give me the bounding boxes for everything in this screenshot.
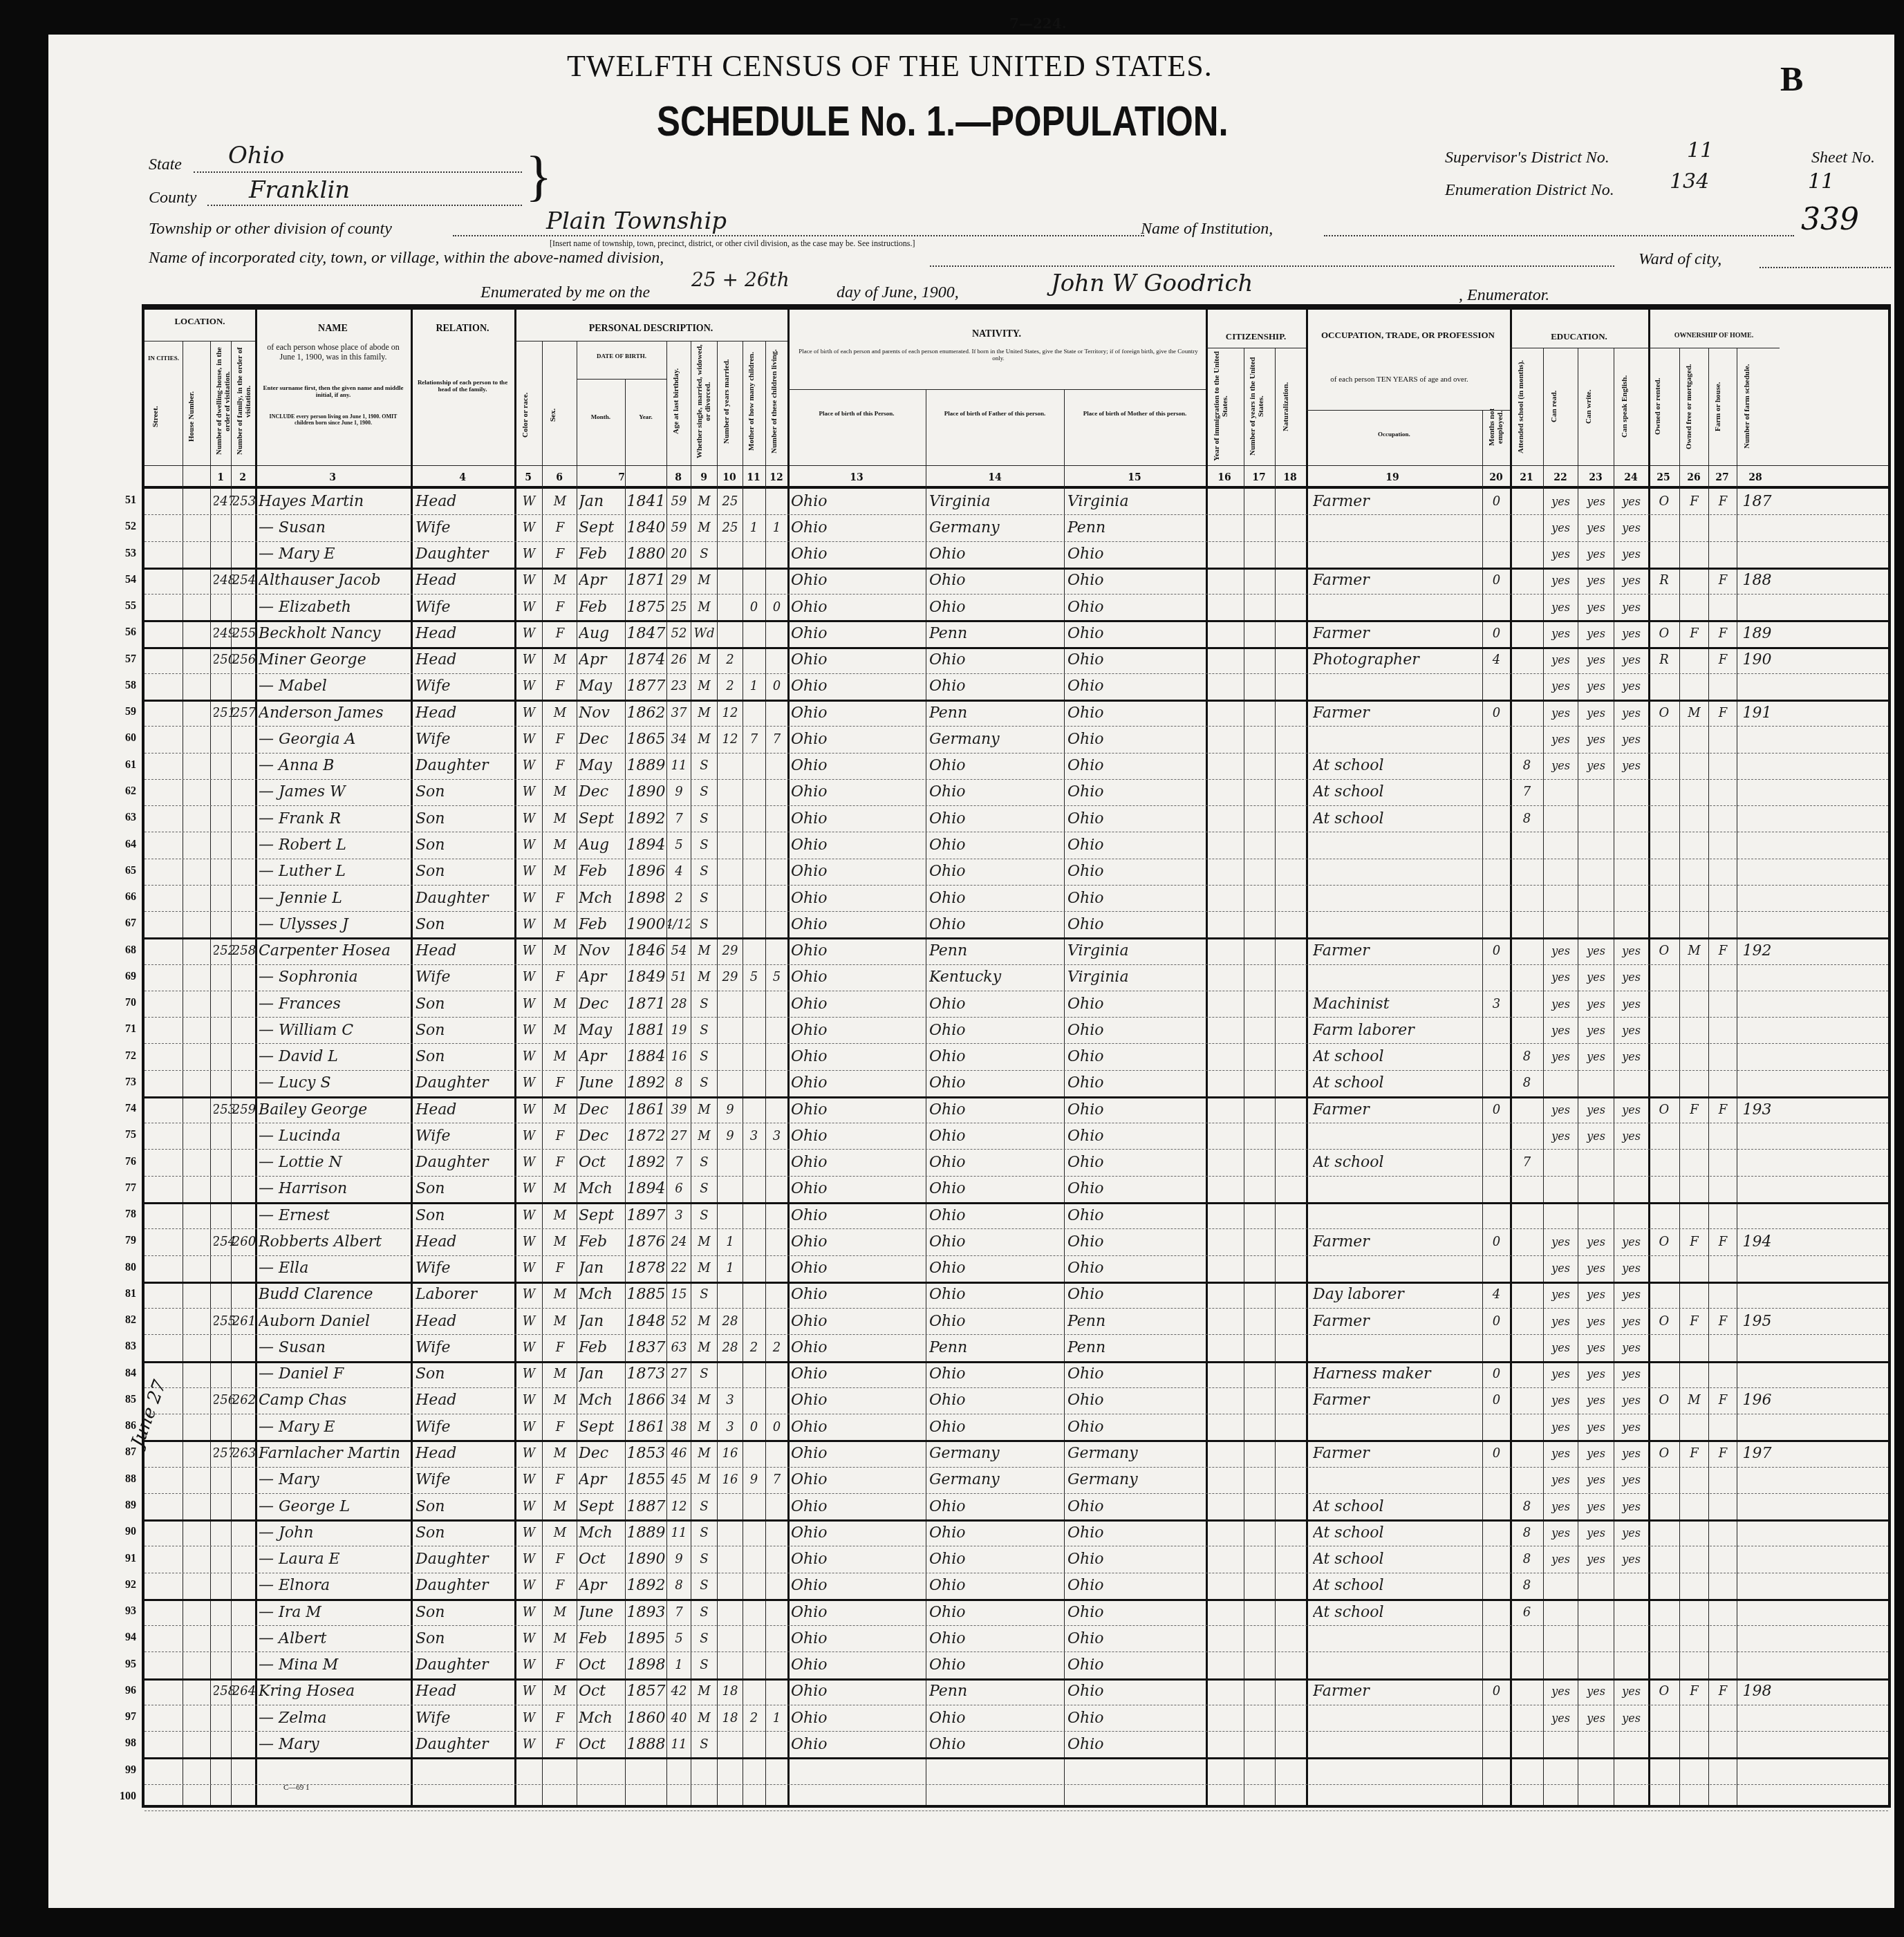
farm-house-cell — [1710, 1176, 1736, 1202]
months-unemployed-cell: 0 — [1484, 1387, 1509, 1414]
farm-house-cell: F — [1710, 1308, 1736, 1334]
months-unemployed-cell: 0 — [1484, 1440, 1509, 1466]
occupation-cell — [1313, 1467, 1482, 1493]
column-number: 18 — [1276, 472, 1304, 483]
mother-of-children-cell — [743, 1308, 765, 1334]
ward-label: Ward of city, — [1639, 250, 1721, 269]
person-name-cell: Camp Chas — [259, 1387, 409, 1414]
line-number: 90 — [95, 1526, 136, 1538]
mother-birthplace-cell — [1067, 1784, 1204, 1810]
line-number: 99 — [95, 1764, 136, 1777]
table-row: 73— Lucy SDaughterWFJune18928SOhioOhioOh… — [144, 1070, 1888, 1098]
pob-person-heading: Place of birth of this Person. — [787, 410, 926, 417]
sex-cell: F — [544, 726, 576, 752]
birthplace-cell: Ohio — [791, 1731, 925, 1757]
marital-status-cell: S — [692, 1573, 716, 1599]
marital-status-cell: S — [692, 1519, 716, 1546]
birth-year-cell — [626, 1784, 666, 1810]
relation-cell: Head — [416, 1440, 514, 1466]
marital-status-cell: S — [692, 885, 716, 911]
free-mortgaged-cell — [1681, 1599, 1708, 1625]
occupation-cell: Farmer — [1313, 488, 1482, 514]
family-number-cell — [233, 1651, 255, 1678]
sex-cell: M — [544, 1625, 576, 1651]
relation-cell: Son — [416, 991, 514, 1017]
free-mortgaged-cell — [1681, 1731, 1708, 1757]
enumerated-suffix: day of June, 1900, — [837, 283, 959, 302]
father-birthplace-cell: Ohio — [929, 753, 1063, 779]
mother-birthplace-cell: Ohio — [1067, 805, 1204, 832]
owned-rented-cell — [1650, 859, 1679, 885]
farm-house-cell — [1710, 514, 1736, 541]
age-cell: 8 — [668, 1070, 690, 1096]
mother-of-children-cell — [743, 1017, 765, 1043]
children-living-cell — [767, 1651, 787, 1678]
can-speak-english-cell: yes — [1615, 620, 1648, 646]
family-number-cell — [233, 779, 255, 805]
father-birthplace-cell: Ohio — [929, 1651, 1063, 1678]
free-mortgaged-cell — [1681, 568, 1708, 594]
birthplace-cell: Ohio — [791, 1070, 925, 1096]
line-number: 66 — [95, 891, 136, 904]
mother-of-children-cell — [743, 1255, 765, 1282]
line-number: 58 — [95, 680, 136, 692]
birth-year-cell: 1848 — [626, 1308, 666, 1334]
marital-status-cell: M — [692, 964, 716, 991]
sex-cell: F — [544, 514, 576, 541]
enumerator-label: , Enumerator. — [1459, 286, 1549, 305]
color-race-cell: W — [516, 1043, 541, 1069]
brace: } — [525, 145, 552, 208]
father-birthplace-cell: Penn — [929, 937, 1063, 964]
birth-month-cell — [579, 1757, 624, 1784]
farm-house-cell — [1710, 991, 1736, 1017]
family-number-cell — [233, 859, 255, 885]
column-number: 5 — [514, 472, 542, 483]
dwelling-number-cell: 251 — [214, 700, 234, 726]
free-mortgaged-cell — [1681, 1150, 1708, 1176]
occupation-cell — [1313, 1176, 1482, 1202]
relation-cell: Son — [416, 1493, 514, 1519]
dwelling-number-cell — [214, 1651, 234, 1678]
birth-year-cell: 1876 — [626, 1228, 666, 1255]
father-birthplace-cell: Germany — [929, 514, 1063, 541]
mother-birthplace-cell: Ohio — [1067, 1043, 1204, 1069]
free-mortgaged-cell: M — [1681, 1387, 1708, 1414]
house-number-heading: House Number. — [187, 375, 196, 458]
mother-of-children-cell — [743, 1150, 765, 1176]
children-living-cell — [767, 1070, 787, 1096]
school-months-cell: 8 — [1511, 1546, 1542, 1572]
line-number: 71 — [95, 1023, 136, 1036]
farm-schedule-number-cell: 189 — [1738, 620, 1776, 646]
occupation-cell — [1313, 514, 1482, 541]
person-name-cell — [259, 1757, 409, 1784]
family-number-cell — [233, 1784, 255, 1810]
marital-status-cell: M — [692, 1096, 716, 1123]
line-number: 91 — [95, 1553, 136, 1565]
sex-cell: F — [544, 1123, 576, 1149]
mother-birthplace-cell: Ohio — [1067, 1519, 1204, 1546]
birthplace-cell: Ohio — [791, 937, 925, 964]
mother-of-children-cell — [743, 1202, 765, 1228]
school-months-cell — [1511, 885, 1542, 911]
school-months-cell: 7 — [1511, 779, 1542, 805]
township-label: Township or other division of county — [149, 220, 392, 238]
marital-status-cell: S — [692, 541, 716, 568]
can-read-cell — [1544, 1573, 1577, 1599]
dwelling-number-cell — [214, 1467, 234, 1493]
farm-schedule-number-cell: 190 — [1738, 647, 1776, 673]
free-mortgaged-cell — [1681, 1282, 1708, 1308]
family-number-cell — [233, 1334, 255, 1360]
birth-year-cell: 1893 — [626, 1599, 666, 1625]
can-read-cell: yes — [1544, 1334, 1577, 1360]
years-in-us-heading: Number of years in the United States. — [1249, 351, 1265, 462]
marital-status-cell: M — [692, 673, 716, 700]
can-speak-english-cell: yes — [1615, 673, 1648, 700]
months-unemployed-cell — [1484, 673, 1509, 700]
years-married-cell — [718, 1757, 742, 1784]
school-months-cell: 8 — [1511, 1070, 1542, 1096]
can-speak-english-cell: yes — [1615, 1043, 1648, 1069]
owned-rented-cell — [1650, 1651, 1679, 1678]
free-mortgaged-cell — [1681, 885, 1708, 911]
birth-month-cell: Apr — [579, 568, 624, 594]
farm-schedule-number-cell — [1738, 1651, 1776, 1678]
free-mortgaged-cell — [1681, 832, 1708, 858]
age-cell: 51 — [668, 964, 690, 991]
school-months-cell — [1511, 514, 1542, 541]
relation-cell: Head — [416, 568, 514, 594]
table-row: 75— LucindaWifeWFDec187227M933OhioOhioOh… — [144, 1123, 1888, 1150]
can-speak-english-cell: yes — [1615, 1519, 1648, 1546]
mother-of-children-cell — [743, 700, 765, 726]
mother-of-children-cell — [743, 1043, 765, 1069]
free-mortgaged-cell — [1681, 647, 1708, 673]
enumeration-value: 134 — [1670, 169, 1709, 194]
birthplace-cell — [791, 1784, 925, 1810]
person-name-cell — [259, 1784, 409, 1810]
can-speak-english-cell — [1615, 885, 1648, 911]
enumerated-days: 25 + 26th — [691, 268, 790, 291]
marital-status-cell: S — [692, 1625, 716, 1651]
table-row: 81Budd ClarenceLaborerWMMch188515SOhioOh… — [144, 1282, 1888, 1309]
sex-cell: M — [544, 1282, 576, 1308]
months-unemployed-cell — [1484, 964, 1509, 991]
age-cell: 42 — [668, 1678, 690, 1705]
person-name-cell: Miner George — [259, 647, 409, 673]
farm-schedule-number-cell — [1738, 594, 1776, 620]
line-number: 63 — [95, 812, 136, 824]
age-cell: 52 — [668, 1308, 690, 1334]
father-birthplace-cell: Ohio — [929, 991, 1063, 1017]
years-married-cell — [718, 1784, 742, 1810]
person-name-cell: — Lucinda — [259, 1123, 409, 1149]
table-row: 54248254Althauser JacobHeadWMApr187129MO… — [144, 568, 1888, 595]
color-race-cell: W — [516, 911, 541, 937]
school-months-cell: 8 — [1511, 1573, 1542, 1599]
free-mortgaged-cell — [1681, 1784, 1708, 1810]
school-months-cell — [1511, 488, 1542, 514]
occupation-cell — [1313, 1784, 1482, 1810]
farm-house-cell — [1710, 859, 1736, 885]
birthplace-cell: Ohio — [791, 488, 925, 514]
occupation-cell: Farm laborer — [1313, 1017, 1482, 1043]
marital-status-cell: S — [692, 1176, 716, 1202]
birth-year-cell: 1892 — [626, 1150, 666, 1176]
farm-schedule-number-cell — [1738, 964, 1776, 991]
state-label: State — [149, 156, 182, 174]
can-write-cell — [1579, 1784, 1613, 1810]
mother-of-children-cell — [743, 1361, 765, 1387]
mother-birthplace-cell: Ohio — [1067, 1546, 1204, 1572]
months-unemployed-cell: 0 — [1484, 1678, 1509, 1705]
relation-cell: Wife — [416, 1414, 514, 1440]
months-unemployed-cell — [1484, 859, 1509, 885]
line-number: 82 — [95, 1314, 136, 1327]
can-read-cell: yes — [1544, 594, 1577, 620]
mother-birthplace-cell: Ohio — [1067, 1651, 1204, 1678]
group-ownership: OWNERSHIP OF HOME. — [1648, 332, 1780, 340]
age-cell: 5 — [668, 1625, 690, 1651]
can-write-cell — [1579, 1651, 1613, 1678]
farm-house-cell — [1710, 1784, 1736, 1810]
person-name-cell: Beckholt Nancy — [259, 620, 409, 646]
person-name-cell: — David L — [259, 1043, 409, 1069]
can-read-cell: yes — [1544, 726, 1577, 752]
farm-schedule-number-cell — [1738, 885, 1776, 911]
mother-of-children-cell — [743, 1493, 765, 1519]
mother-birthplace-cell: Ohio — [1067, 1573, 1204, 1599]
marital-status-cell: S — [692, 1731, 716, 1757]
owned-rented-cell — [1650, 832, 1679, 858]
birth-month-cell: Sept — [579, 805, 624, 832]
column-number: 16 — [1211, 472, 1238, 483]
months-unemployed-cell: 0 — [1484, 700, 1509, 726]
occupation-cell: At school — [1313, 1519, 1482, 1546]
sex-cell: M — [544, 1228, 576, 1255]
mother-of-children-cell — [743, 1625, 765, 1651]
person-name-cell: — Mary — [259, 1467, 409, 1493]
can-read-cell: yes — [1544, 1361, 1577, 1387]
mother-birthplace-cell: Ohio — [1067, 1493, 1204, 1519]
naturalization-heading: Naturalization. — [1282, 351, 1290, 462]
person-name-cell: Budd Clarence — [259, 1282, 409, 1308]
marital-status-cell: M — [692, 1308, 716, 1334]
mother-of-children-cell — [743, 1599, 765, 1625]
family-number-cell — [233, 1757, 255, 1784]
months-unemployed-cell — [1484, 753, 1509, 779]
children-living-cell — [767, 911, 787, 937]
years-married-cell: 29 — [718, 964, 742, 991]
family-number-cell — [233, 594, 255, 620]
family-number-cell — [233, 991, 255, 1017]
farm-schedule-number-cell — [1738, 1467, 1776, 1493]
dwelling-number-cell: 252 — [214, 937, 234, 964]
mother-of-children-cell — [743, 1228, 765, 1255]
birth-year-cell: 1871 — [626, 568, 666, 594]
birth-month-cell: Aug — [579, 832, 624, 858]
relation-cell: Daughter — [416, 1573, 514, 1599]
free-mortgaged-cell — [1681, 911, 1708, 937]
marital-status-cell: M — [692, 1334, 716, 1360]
sheet-label: Sheet No. — [1811, 149, 1875, 167]
sex-cell: F — [544, 1546, 576, 1572]
color-race-cell: W — [516, 673, 541, 700]
birth-year-cell: 1894 — [626, 832, 666, 858]
owned-rented-cell: O — [1650, 700, 1679, 726]
free-mortgaged-cell: F — [1681, 620, 1708, 646]
birth-month-cell: Oct — [579, 1651, 624, 1678]
relation-cell: Wife — [416, 514, 514, 541]
farm-house-cell — [1710, 1599, 1736, 1625]
mother-birthplace-cell: Ohio — [1067, 1705, 1204, 1731]
person-name-cell: — Elizabeth — [259, 594, 409, 620]
census-title: TWELFTH CENSUS OF THE UNITED STATES. — [567, 48, 1213, 84]
age-cell: 7 — [668, 805, 690, 832]
color-race-cell: W — [516, 1467, 541, 1493]
occupation-cell — [1313, 1334, 1482, 1360]
can-write-cell — [1579, 1202, 1613, 1228]
dwelling-number-cell — [214, 991, 234, 1017]
occupation-cell — [1313, 964, 1482, 991]
table-row: 78— ErnestSonWMSept18973SOhioOhioOhio — [144, 1202, 1888, 1229]
years-married-cell — [718, 832, 742, 858]
line-number: 78 — [95, 1208, 136, 1221]
birth-month-cell: Dec — [579, 1440, 624, 1466]
farm-schedule-number-cell: 187 — [1738, 488, 1776, 514]
dwelling-number-cell: 248 — [214, 568, 234, 594]
school-months-cell — [1511, 1308, 1542, 1334]
free-mortgaged-cell — [1681, 1414, 1708, 1440]
months-unemployed-cell — [1484, 1705, 1509, 1731]
birth-month-cell: Mch — [579, 1282, 624, 1308]
owned-rented-cell: O — [1650, 620, 1679, 646]
column-number: 8 — [664, 472, 692, 483]
school-months-cell — [1511, 1784, 1542, 1810]
dwelling-number-cell — [214, 1017, 234, 1043]
can-read-cell: yes — [1544, 1123, 1577, 1149]
birthplace-cell: Ohio — [791, 1705, 925, 1731]
father-birthplace-cell: Ohio — [929, 647, 1063, 673]
column-number: 12 — [763, 472, 790, 483]
sex-cell: F — [544, 1414, 576, 1440]
owned-rented-cell: R — [1650, 568, 1679, 594]
farm-schedule-number-cell — [1738, 991, 1776, 1017]
can-write-cell: yes — [1579, 1282, 1613, 1308]
children-living-cell — [767, 1150, 787, 1176]
can-speak-english-cell: yes — [1615, 1361, 1648, 1387]
relation-cell: Son — [416, 1043, 514, 1069]
mother-birthplace-cell: Germany — [1067, 1467, 1204, 1493]
mother-of-children-cell: 0 — [743, 1414, 765, 1440]
color-race-cell: W — [516, 1202, 541, 1228]
can-write-heading: Can write. — [1585, 351, 1593, 462]
school-months-cell — [1511, 1176, 1542, 1202]
color-race-cell: W — [516, 1176, 541, 1202]
dwelling-number-cell — [214, 1625, 234, 1651]
months-unemployed-cell — [1484, 1334, 1509, 1360]
color-race-cell: W — [516, 753, 541, 779]
birth-year-cell: 1894 — [626, 1176, 666, 1202]
marital-status-cell: S — [692, 779, 716, 805]
father-birthplace-cell: Penn — [929, 1678, 1063, 1705]
occupation-cell: At school — [1313, 1043, 1482, 1069]
mother-of-children-cell — [743, 1731, 765, 1757]
owned-rented-cell — [1650, 779, 1679, 805]
table-row: 63— Frank RSonWMSept18927SOhioOhioOhioAt… — [144, 805, 1888, 832]
birthplace-cell: Ohio — [791, 753, 925, 779]
can-read-cell: yes — [1544, 1255, 1577, 1282]
birth-month-cell: Oct — [579, 1731, 624, 1757]
birth-year-cell: 1900 — [626, 911, 666, 937]
can-speak-english-cell — [1615, 1757, 1648, 1784]
can-read-cell: yes — [1544, 1440, 1577, 1466]
sex-cell: M — [544, 1361, 576, 1387]
line-number: 68 — [95, 944, 136, 957]
birthplace-cell: Ohio — [791, 1546, 925, 1572]
dwelling-number-cell — [214, 1150, 234, 1176]
school-months-cell: 6 — [1511, 1599, 1542, 1625]
school-months-cell — [1511, 859, 1542, 885]
free-mortgaged-cell — [1681, 1123, 1708, 1149]
can-write-cell: yes — [1579, 991, 1613, 1017]
institution-label: Name of Institution, — [1141, 220, 1273, 238]
sex-cell: F — [544, 1731, 576, 1757]
owned-rented-cell — [1650, 753, 1679, 779]
person-name-cell: — Anna B — [259, 753, 409, 779]
relation-cell: Son — [416, 805, 514, 832]
can-write-cell: yes — [1579, 1440, 1613, 1466]
farm-house-cell: F — [1710, 1440, 1736, 1466]
farm-schedule-number-cell — [1738, 1705, 1776, 1731]
farm-schedule-number-cell: 198 — [1738, 1678, 1776, 1705]
farm-house-cell: F — [1710, 700, 1736, 726]
can-read-cell: yes — [1544, 1467, 1577, 1493]
mother-birthplace-cell: Ohio — [1067, 1017, 1204, 1043]
years-married-cell — [718, 1361, 742, 1387]
mother-birthplace-cell: Ohio — [1067, 647, 1204, 673]
farm-schedule-number-cell — [1738, 859, 1776, 885]
family-number-cell — [233, 541, 255, 568]
line-number: 52 — [95, 521, 136, 533]
farm-schedule-number-cell — [1738, 1361, 1776, 1387]
school-months-cell — [1511, 1731, 1542, 1757]
color-race-cell: W — [516, 1096, 541, 1123]
dwelling-number-heading: Number of dwelling-house, in the order o… — [215, 344, 232, 458]
years-married-cell — [718, 1150, 742, 1176]
months-unemployed-cell — [1484, 805, 1509, 832]
rule — [577, 379, 666, 380]
birthplace-cell: Ohio — [791, 620, 925, 646]
family-number-cell — [233, 1573, 255, 1599]
owned-rented-cell — [1650, 805, 1679, 832]
column-number: 24 — [1617, 472, 1645, 483]
birth-month-cell: Sept — [579, 1202, 624, 1228]
birth-month-cell: Oct — [579, 1678, 624, 1705]
table-row: 60— Georgia AWifeWFDec186534M1277OhioGer… — [144, 726, 1888, 753]
marital-status-cell: M — [692, 568, 716, 594]
free-mortgaged-cell: M — [1681, 700, 1708, 726]
children-living-cell — [767, 647, 787, 673]
occupation-cell — [1313, 885, 1482, 911]
line-number: 86 — [95, 1420, 136, 1432]
birth-month-cell: Sept — [579, 1493, 624, 1519]
father-birthplace-cell: Penn — [929, 700, 1063, 726]
farm-schedule-number-cell: 193 — [1738, 1096, 1776, 1123]
sex-cell: M — [544, 937, 576, 964]
